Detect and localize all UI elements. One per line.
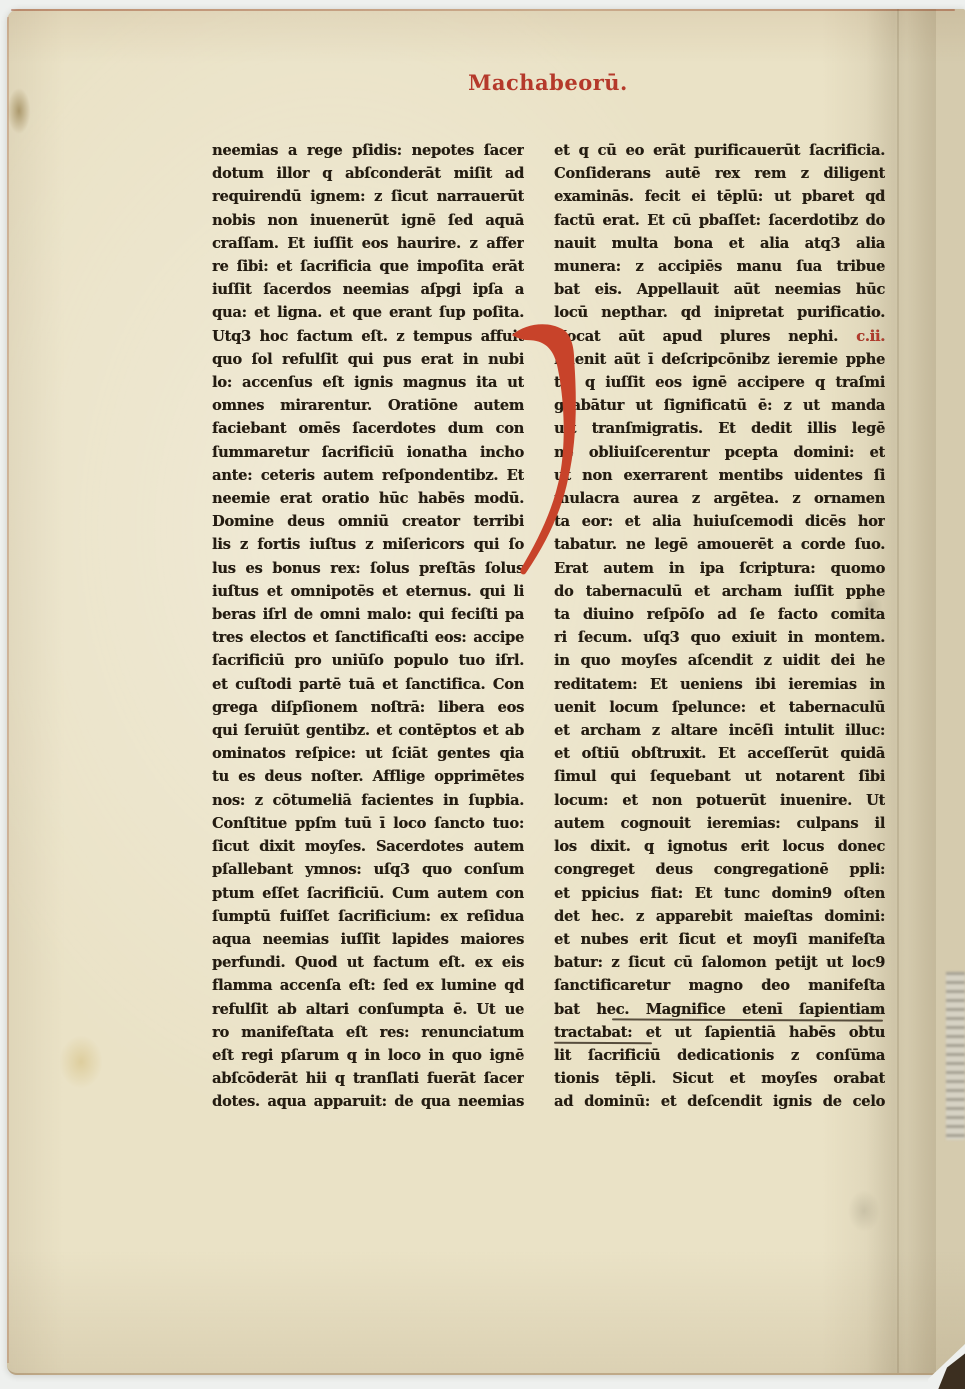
text-line: Erat autem in ipa ſcriptura: quomo [554, 557, 885, 580]
text-line: Conſiderans autē rex rem z diligent [554, 162, 885, 185]
text-line: requirendū ignem: z ſicut narrauerūt [212, 185, 524, 208]
text-line: autem cognouit ieremias: culpans il [554, 812, 885, 835]
text-line: et oſtiū obſtruxit. Et acceſſerūt quidā [554, 742, 885, 765]
text-line: iuſſit ſacerdos neemias aſpgi ipſa a [212, 278, 524, 301]
text-line: tabatur. ne legē amouerēt a corde ſuo. [554, 533, 885, 556]
text-line: locum: et non potuerūt inuenire. Ut [554, 789, 885, 812]
text-line: bat hec. Magnifice etenī ſapientiam [554, 998, 885, 1021]
text-line: dotes. aqua apparuit: de qua neemias [212, 1090, 524, 1113]
chapter-initial-I-icon [503, 321, 581, 581]
text-line: locū nepthar. qd inipretat purificatio. [554, 301, 885, 324]
text-line: ante: ceteris autem reſpondentibz. Et [212, 464, 524, 487]
text-line: grabātur ut ſignificatū ē: z ut manda [554, 394, 885, 417]
text-line: neemias a rege pſidis: nepotes ſacer [212, 139, 524, 162]
text-line: ad dominū: et deſcendit ignis de celo [554, 1090, 885, 1113]
underleaf-text-sliver [946, 972, 965, 1140]
text-line: omnes mirarentur. Oratiōne autem [212, 394, 524, 417]
text-line: ri ſecum. uſq3 quo exiuit in montem. [554, 626, 885, 649]
text-line: Utq3 hoc factum eſt. z tempus affuit [212, 325, 524, 348]
text-line: ſacrificiū pro uniūſo populo tuo iſrl. [212, 649, 524, 672]
text-line: neemie erat oratio hūc habēs modū. [212, 487, 524, 510]
text-line: et cuſtodi partē tuā et ſanctifica. Con [212, 673, 524, 696]
text-line: lo: accenſus eſt ignis magnus ita ut [212, 371, 524, 394]
text-line: re ſibi: et ſacrificia que impoſita erāt [212, 255, 524, 278]
text-line: flamma accenſa eſt: ſed ex lumine qd [212, 974, 524, 997]
text-line: eſt regi pſarum q in loco in quo ignē [212, 1044, 524, 1067]
text-line: iuſtus et omnipotēs et eternus. qui li [212, 580, 524, 603]
chapter-marker: c.ii. [856, 328, 885, 345]
text-line: quo ſol refulſit qui pus erat in nubi [212, 348, 524, 371]
text-line: et ppicius fiat: Et tunc domin9 oſten [554, 882, 885, 905]
text-line: qui ſeruiūt gentibz. et contēptos et ab [212, 719, 524, 742]
running-header: Machabeorū. [212, 70, 884, 95]
text-line: ta diuino reſpōſo ad ſe facto comita [554, 603, 885, 626]
text-line: ſicut dixit moyſes. Sacerdotes autem [212, 835, 524, 858]
text-line: ro manifeſtata eſt res: renunciatum [212, 1021, 524, 1044]
text-line: ptum eſſet ſacrificiū. Cum autem con [212, 882, 524, 905]
text-line: lis z fortis iuſtus z miſericors qui ſo [212, 533, 524, 556]
text-line: mulacra aurea z argētea. z ornamen [554, 487, 885, 510]
text-line: Domine deus omniū creator terribi [212, 510, 524, 533]
text-line: ominatos reſpice: ut ſciāt gentes qia [212, 742, 524, 765]
text-line: nauit multa bona et alia atq3 alia [554, 232, 885, 255]
text-line: nuenit aūt ī deſcripcōnibz ieremie pphe [554, 348, 885, 371]
text-line: ut non exerrarent mentibs uidentes ſi [554, 464, 885, 487]
text-line: uit tranſmigratis. Et dedit illis legē [554, 417, 885, 440]
text-line: tres electos et ſanctificaſti eos: accip… [212, 626, 524, 649]
text-column-left: neemias a rege pſidis: nepotes ſacerdotu… [212, 139, 524, 1114]
text-line: ſimul qui ſequebant ut notarent ſibi [554, 765, 885, 788]
text-line: ſanctificaretur magno deo manifeſta [554, 974, 885, 997]
text-line: reditatem: Et ueniens ibi ieremias in [554, 673, 885, 696]
text-line: ſumptū fuiſſet ſacrificium: ex reſidua [212, 905, 524, 928]
stain-left-lower-margin [50, 1024, 112, 1100]
text-line: beras iſrl de omni malo: qui feciſti pa [212, 603, 524, 626]
text-line: lus es bonus rex: ſolus preſtās ſolus [212, 557, 524, 580]
paragraph-one: et q cū eo erāt purificauerūt ſacrificia… [554, 139, 885, 325]
text-line: uenit locum ſpelunce: et tabernaculū [554, 696, 885, 719]
text-line: in quo moyſes aſcendit z uidit dei he [554, 649, 885, 672]
text-line: craſſam. Et iuſſit eos haurire. z affer [212, 232, 524, 255]
text-line: los dixit. q ignotus erit locus donec [554, 835, 885, 858]
text-line: et nubes erit ſicut et moyſi manifeſta [554, 928, 885, 951]
text-line: det hec. z apparebit maieſtas domini: [554, 905, 885, 928]
stain-top-left-edge [3, 79, 35, 143]
text-line: pſallebant ymnos: uſq3 quo conſum [212, 858, 524, 881]
text-line: nobis non inuenerūt ignē ſed aquā [212, 209, 524, 232]
rubric-line-text: Uocat aūt apud plures nephi. [554, 328, 838, 345]
text-line: ſummaretur ſacrificiū ionatha incho [212, 441, 524, 464]
scanned-manuscript-page: { "page": { "running_header": "Machabeor… [0, 0, 965, 1389]
text-line: nos: z cōtumeliā facientes in ſupbia. [212, 789, 524, 812]
paragraph-two: nuenit aūt ī deſcripcōnibz ieremie pphet… [554, 348, 885, 1114]
text-line: et archam z altare incēſi intulit illuc: [554, 719, 885, 742]
text-line: munera: z accipiēs manu ſua tribue [554, 255, 885, 278]
text-line: bat eis. Appellauit aūt neemias hūc [554, 278, 885, 301]
text-column-right: et q cū eo erāt purificauerūt ſacrificia… [554, 139, 885, 1114]
text-line-rubric: Uocat aūt apud plures nephi. c.ii. [554, 325, 885, 348]
text-line: faciebant omēs ſacerdotes dum con [212, 417, 524, 440]
text-line: qua: et ligna. et que erant ſup poſita. [212, 301, 524, 324]
text-line: do tabernaculū et archam iuſſit pphe [554, 580, 885, 603]
text-line: refulſit ab altari conſumpta ē. Ut ue [212, 998, 524, 1021]
text-line: ta eor: et alia huiuſcemodi dicēs hor [554, 510, 885, 533]
text-line: tractabat: et ut ſapientiā habēs obtu [554, 1021, 885, 1044]
text-line: abſcōderāt hii q tranſlati fuerāt ſacer [212, 1067, 524, 1090]
text-line: perfundi. Quod ut factum eſt. ex eis [212, 951, 524, 974]
smudge-right-margin-lower [841, 1181, 887, 1241]
text-line: factū erat. Et cū pbaſſet: ſacerdotibz d… [554, 209, 885, 232]
text-line: tu es deus noſter. Afflige opprimētes [212, 765, 524, 788]
text-line: et q cū eo erāt purificauerūt ſacrificia… [554, 139, 885, 162]
text-line: Conſtitue ppſm tuū ī loco ſancto tuo: [212, 812, 524, 835]
text-line: aqua neemias iuſſit lapides maiores [212, 928, 524, 951]
text-line: ne obliuiſcerentur pcepta domini: et [554, 441, 885, 464]
text-line: congreget deus congregationē ppli: [554, 858, 885, 881]
text-line: batur: z ſicut cū ſalomon petijt ut loc9 [554, 951, 885, 974]
text-line: grega diſpſionem noſtrā: libera eos [212, 696, 524, 719]
text-line: dotum illor q abſconderāt miſit ad [212, 162, 524, 185]
text-line: lit ſacrificiū dedicationis z conſūma [554, 1044, 885, 1067]
text-line: examinās. fecit ei tēplū: ut pbaret qd [554, 185, 885, 208]
text-line: tionis tēpli. Sicut et moyſes orabat [554, 1067, 885, 1090]
text-line: te. q iuſſit eos ignē accipere q traſmi [554, 371, 885, 394]
